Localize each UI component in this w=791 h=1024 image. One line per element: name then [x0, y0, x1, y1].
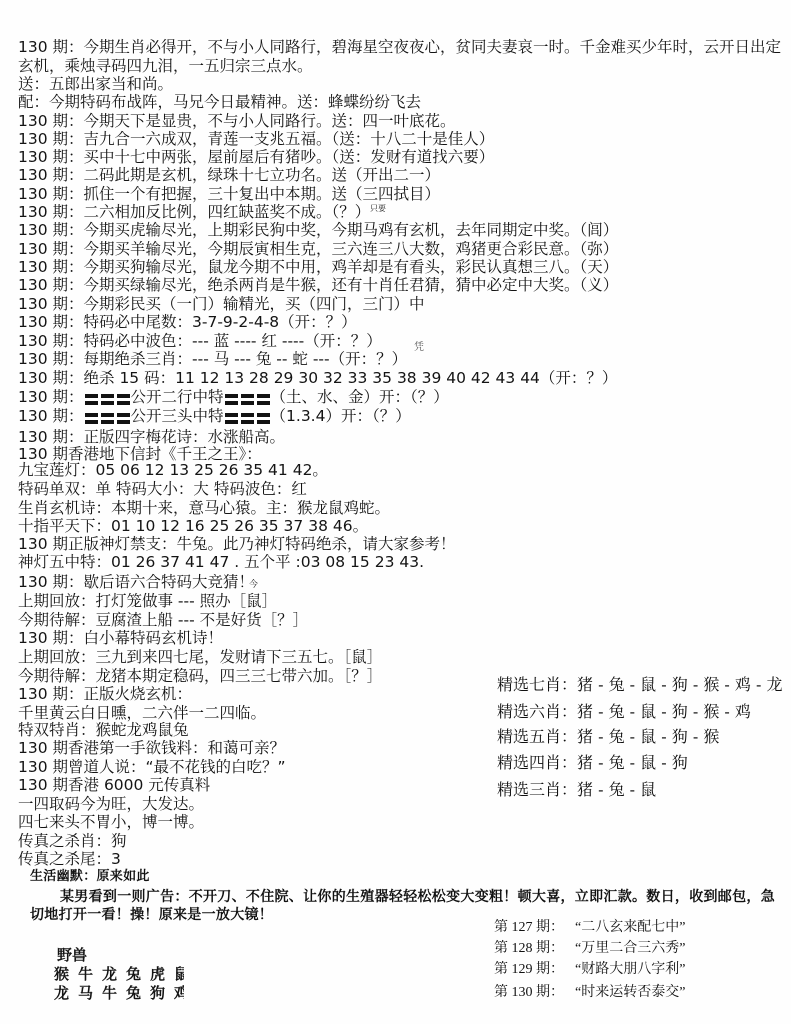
block-marks-icon: 〓〓〓	[85, 413, 130, 424]
beasts-row-2: 龙马牛兔狗鸡	[54, 983, 184, 1003]
issue-label: 第 127 期：	[494, 920, 564, 935]
issue-verse: “财路大朋八字利”	[575, 961, 685, 979]
humor-paragraph-line-1: 某男看到一则广告：不开刀、不住院、让你的生殖器轻轻松松变大变粗！顿大喜，立即汇款…	[60, 888, 775, 906]
text-line: 配：今期特码布战阵，马兄今日最精神。送：蜂蝶纷纷飞去	[18, 93, 421, 111]
humor-title: 生活幽默：原来如此	[30, 868, 150, 886]
line-middle: 公开二行中特	[131, 388, 224, 406]
text-line: 130 期：吉九合一六成双，青莲一支兆五福。（送：十八二十是佳人）	[18, 130, 494, 148]
humor-paragraph-line-2: 切地打开一看！操！原来是一放大镜！	[30, 906, 273, 924]
issue-row-128: 第 128 期：“万里二合三六秀”	[494, 940, 791, 958]
pick-value: 猪 - 兔 - 鼠	[577, 780, 656, 799]
text-line: 130 期：今期买羊输尽光，今期辰寅相生克，三六连三八大数，鸡猪更合彩民意。（弥…	[18, 240, 618, 258]
annotation-jin: 今	[249, 577, 258, 590]
block-marks-icon: 〓〓〓	[225, 413, 270, 424]
text-line: 特码单双：单 特码大小：大 特码波色：红	[18, 480, 307, 498]
beast-cell: 鸡	[174, 983, 184, 1003]
text-line: 130 期：正版火烧玄机：	[18, 685, 192, 703]
pick-value: 猪 - 兔 - 鼠 - 狗	[577, 753, 688, 772]
text-line: 上期回放：打灯笼做事 --- 照办［鼠］	[18, 592, 277, 610]
text-line: 千里黄云白日曛，二六伴一二四临。	[18, 704, 266, 722]
pick-label: 精选六肖：	[497, 702, 577, 721]
beasts-row-1: 猴牛龙兔虎鼠	[54, 964, 184, 984]
pick-label: 精选四肖：	[497, 753, 577, 772]
beast-cell: 龙	[102, 964, 126, 984]
line-prefix: 130 期：	[18, 407, 84, 425]
block-marks-icon: 〓〓〓	[225, 394, 270, 405]
text-line: 送：五郎出家当和尚。	[18, 75, 173, 93]
text-line: 130 期：今期彩民买（一门）输精光，买（四门，三门）中	[18, 295, 425, 313]
text-line: 130 期：特码必中尾数：3-7-9-2-4-8（开：？）	[18, 313, 357, 331]
text-line: 130 期：买中十七中两张，屋前屋后有猪吵。（送：发财有道找六要）	[18, 148, 494, 166]
annotation-ping: 凭	[414, 338, 424, 353]
issue-verse: “时来运转否泰交”	[575, 984, 685, 1002]
text-line: 130 期：每期绝杀三肖：--- 马 --- 兔 -- 蛇 ---（开：？）	[18, 350, 407, 368]
line-prefix: 130 期：	[18, 388, 84, 406]
text-line: 130 期：今期生肖必得开，不与小人同路行，碧海星空夜夜心，贫同夫妻哀一时。千金…	[18, 38, 781, 56]
pick-value: 猪 - 兔 - 鼠 - 狗 - 猴 - 鸡	[577, 702, 751, 721]
pick-label: 精选三肖：	[497, 780, 577, 799]
pick-label: 精选五肖：	[497, 727, 577, 746]
text-line: 130 期：今期天下是显贵，不与小人同路行。送：四一叶底花。	[18, 112, 456, 130]
beast-cell: 狗	[150, 983, 174, 1003]
pick-row-four: 精选四肖：猪 - 兔 - 鼠 - 狗	[497, 753, 688, 773]
text-line: 130 期：二码此期是玄机，绿珠十七立功名。送（开出二一）	[18, 166, 440, 184]
beast-cell: 牛	[78, 964, 102, 984]
text-line: 今期待解：龙猪本期定稳码，四三三七带六加。［？］	[18, 667, 382, 685]
text-line: 传真之杀肖：狗	[18, 832, 127, 850]
text-line: 十指平天下：01 10 12 16 25 26 35 37 38 46。	[18, 517, 368, 535]
beast-cell: 牛	[102, 983, 126, 1003]
issue-label: 第 129 期：	[494, 962, 564, 977]
five-elements-line: 130 期：〓〓〓公开二行中特〓〓〓（土、水、金）开：（？）	[18, 388, 449, 406]
issue-label: 第 130 期：	[494, 985, 564, 1000]
text-line: 九宝莲灯：05 06 12 13 25 26 35 41 42。	[18, 461, 328, 479]
pick-row-three: 精选三肖：猪 - 兔 - 鼠	[497, 780, 656, 800]
beast-cell: 马	[78, 983, 102, 1003]
line-middle: 公开三头中特	[131, 407, 224, 425]
text-line: 130 期：今期买狗输尽光，鼠龙今期不中用，鸡羊却是有看头，彩民认真想三八。（天…	[18, 258, 618, 276]
text-line: 130 期香港第一手欲钱料：和蔼可亲？	[18, 739, 285, 757]
issue-label: 第 128 期：	[494, 941, 564, 956]
text-line: 130 期：绝杀 15 码：11 12 13 28 29 30 32 33 35…	[18, 369, 617, 387]
beast-cell: 猴	[54, 964, 78, 984]
three-heads-line: 130 期：〓〓〓公开三头中特〓〓〓（1.3.4）开：（？）	[18, 407, 411, 425]
beast-cell: 兔	[126, 964, 150, 984]
line-suffix: （1.3.4）开：（？）	[271, 407, 411, 425]
annotation-only-need: 只要	[370, 203, 386, 214]
text-line: 130 期正版神灯禁支：牛兔。此乃神灯特码绝杀，请大家参考！	[18, 535, 456, 553]
text-line: 130 期：歇后语六合特码大竞猜！	[18, 573, 254, 591]
beast-cell: 兔	[126, 983, 150, 1003]
pick-row-six: 精选六肖：猪 - 兔 - 鼠 - 狗 - 猴 - 鸡	[497, 702, 751, 722]
text-line: 130 期：今期买绿输尽光，绝杀两肖是牛猴，还有十肖任君猜，猜中必定中大奖。（义…	[18, 276, 618, 294]
text-line: 生肖玄机诗：本期十来，意马心猿。主：猴龙鼠鸡蛇。	[18, 499, 390, 517]
text-line: 神灯五中特：01 26 37 41 47 . 五个平 :03 08 15 23 …	[18, 553, 424, 571]
beasts-title: 野兽	[57, 946, 87, 964]
text-line: 上期回放：三九到来四七尾，发财请下三五七。［鼠］	[18, 648, 382, 666]
line-suffix: （土、水、金）开：（？）	[271, 388, 449, 406]
text-line: 130 期：白小幕特码玄机诗！	[18, 629, 223, 647]
text-line: 130 期：正版四字梅花诗：水涨船高。	[18, 428, 285, 446]
beast-cell: 鼠	[174, 964, 184, 984]
text-line: 特双特肖：猴蛇龙鸡鼠兔	[18, 721, 189, 739]
text-line: 130 期曾道人说：“最不花钱的白吃？”	[18, 758, 286, 776]
text-line: 一四取码今为旺，大发达。	[18, 795, 204, 813]
issue-verse: “万里二合三六秀”	[575, 940, 685, 958]
issue-row-129: 第 129 期：“财路大朋八字利”	[494, 961, 791, 979]
pick-value: 猪 - 兔 - 鼠 - 狗 - 猴	[577, 727, 719, 746]
block-marks-icon: 〓〓〓	[85, 394, 130, 405]
beast-cell: 虎	[150, 964, 174, 984]
issue-verse: “二八玄来配七中”	[575, 919, 685, 937]
text-line: 130 期：抓住一个有把握，三十复出中本期。送（三四拭目）	[18, 185, 440, 203]
text-line: 四七来头不胃小，博一博。	[18, 813, 204, 831]
issue-row-130: 第 130 期：“时来运转否泰交”	[494, 984, 791, 1002]
beast-cell: 龙	[54, 983, 78, 1003]
pick-value: 猪 - 兔 - 鼠 - 狗 - 猴 - 鸡 - 龙	[577, 675, 782, 694]
issue-row-127: 第 127 期：“二八玄来配七中”	[494, 919, 791, 937]
text-line: 今期待解：豆腐渣上船 --- 不是好货［？］	[18, 611, 308, 629]
text-line: 130 期香港 6000 元传真料	[18, 776, 210, 794]
pick-row-five: 精选五肖：猪 - 兔 - 鼠 - 狗 - 猴	[497, 727, 719, 747]
text-line: 玄机，乘烛寻码四九泪，一五归宗三点水。	[18, 57, 313, 75]
text-line: 130 期：特码必中波色：--- 蓝 ---- 红 ----（开：？）	[18, 332, 382, 350]
text-line: 130 期：二六相加反比例，四红缺蓝奖不成。（？）	[18, 203, 370, 221]
text-line: 传真之杀尾：3	[18, 850, 121, 868]
pick-row-seven: 精选七肖：猪 - 兔 - 鼠 - 狗 - 猴 - 鸡 - 龙	[497, 675, 783, 695]
lottery-document-page: 130 期：今期生肖必得开，不与小人同路行，碧海星空夜夜心，贫同夫妻哀一时。千金…	[0, 0, 791, 1024]
pick-label: 精选七肖：	[497, 675, 577, 694]
text-line: 130 期：今期买虎输尽光，上期彩民狗中奖，今期马鸡有玄机，去年同期定中奖。（闾…	[18, 221, 618, 239]
